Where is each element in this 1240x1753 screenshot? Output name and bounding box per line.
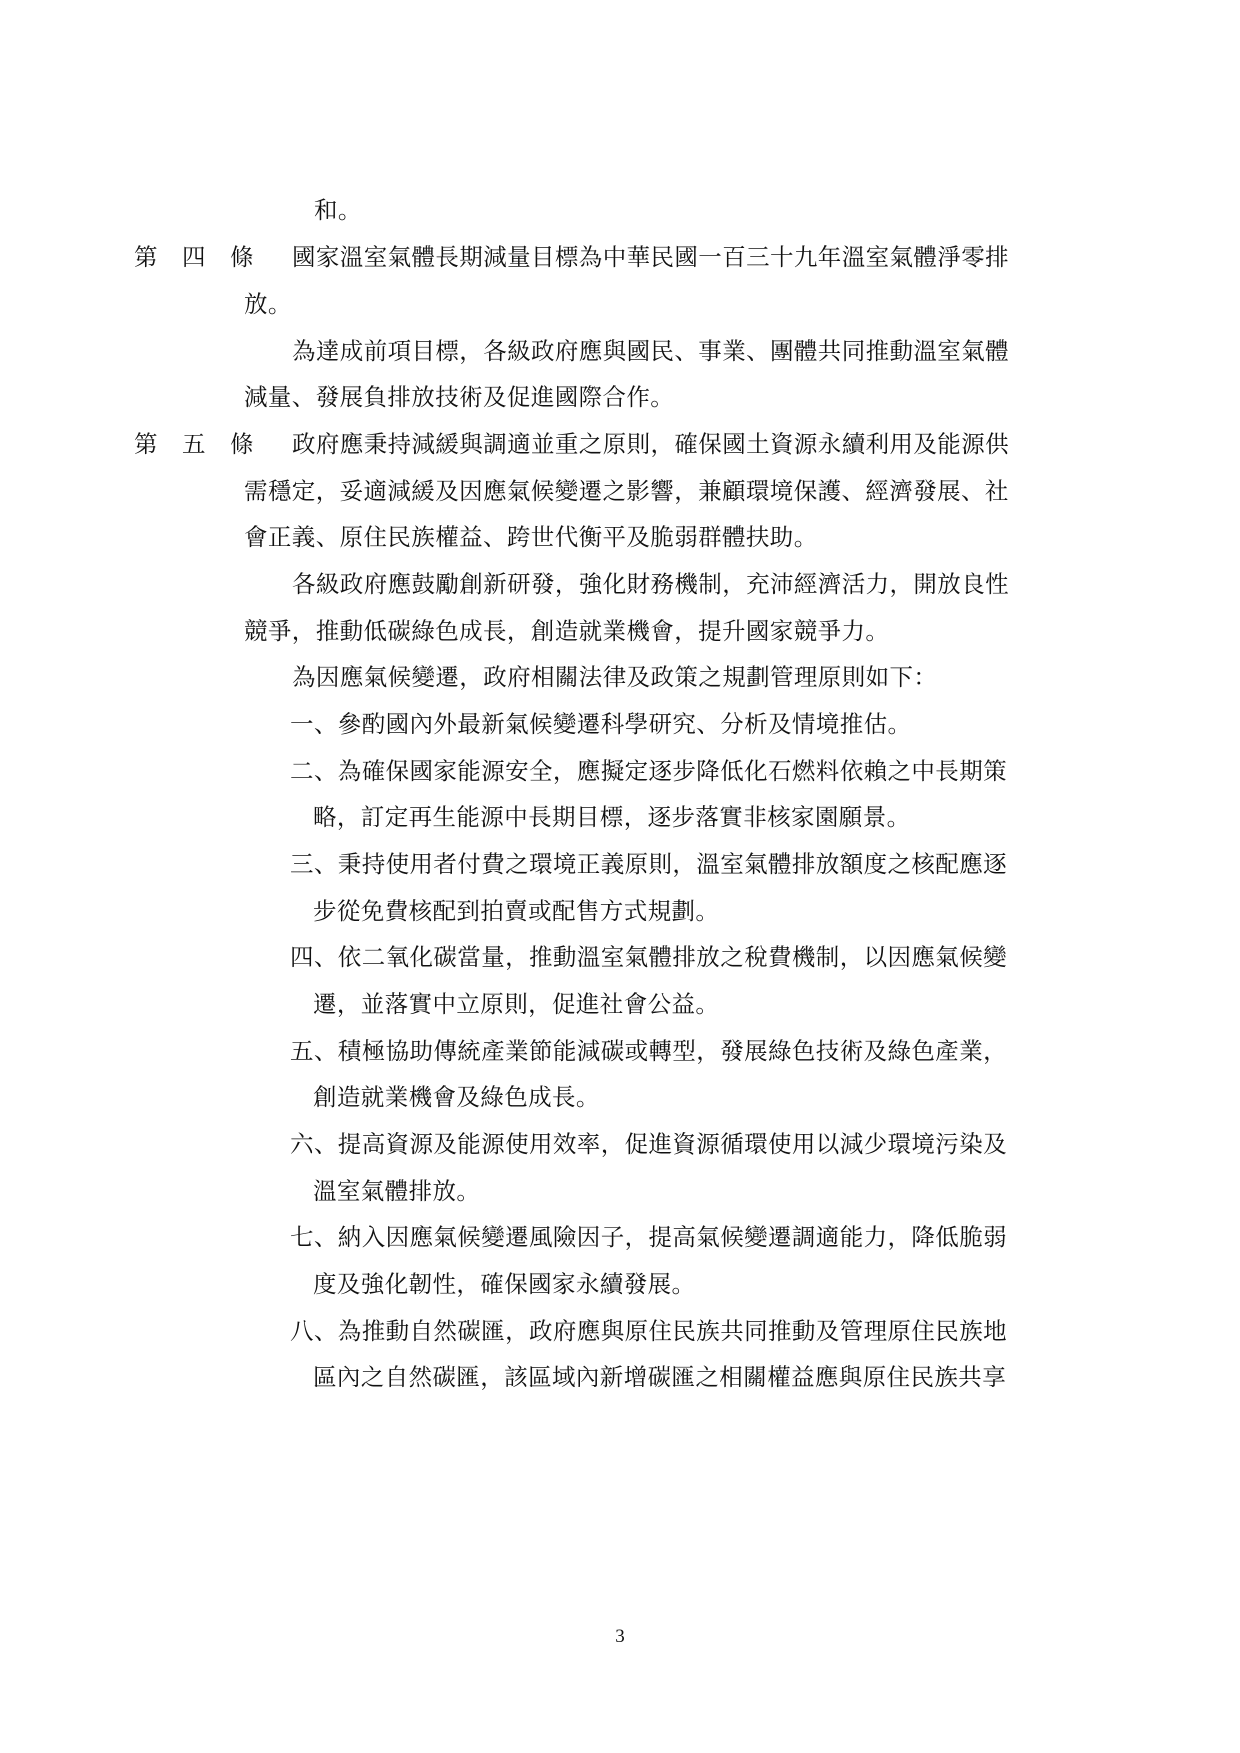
article-5-p2-line1: 各級政府應鼓勵創新研發，強化財務機制，充沛經濟活力，開放良性 xyxy=(292,569,1009,599)
article-4-p1-line1: 國家溫室氣體長期減量目標為中華民國一百三十九年溫室氣體淨零排 xyxy=(292,242,1009,272)
item-5-line1: 五、積極協助傳統產業節能減碳或轉型，發展綠色技術及綠色產業， xyxy=(290,1036,1007,1066)
article-4-p2-line1: 為達成前項目標，各級政府應與國民、事業、團體共同推動溫室氣體 xyxy=(292,336,1009,366)
label-char: 條 xyxy=(230,242,254,272)
label-char: 第 xyxy=(134,242,158,272)
item-1-line1: 一、參酌國內外最新氣候變遷科學研究、分析及情境推估。 xyxy=(290,709,911,739)
item-5-line2: 創造就業機會及綠色成長。 xyxy=(313,1082,600,1112)
item-2-line2: 略，訂定再生能源中長期目標，逐步落實非核家園願景。 xyxy=(313,802,911,832)
article-4-p2-line2: 減量、發展負排放技術及促進國際合作。 xyxy=(244,382,674,412)
label-char: 四 xyxy=(182,242,206,272)
article-5-p1-line2: 需穩定，妥適減緩及因應氣候變遷之影響，兼顧環境保護、經濟發展、社 xyxy=(244,476,1009,506)
item-7-line2: 度及強化韌性，確保國家永續發展。 xyxy=(313,1269,695,1299)
item-2-line1: 二、為確保國家能源安全，應擬定逐步降低化石燃料依賴之中長期策 xyxy=(290,756,1007,786)
article-4-p1-line2: 放。 xyxy=(244,289,292,319)
label-char: 第 xyxy=(134,429,158,459)
article-5-p1-line3: 會正義、原住民族權益、跨世代衡平及脆弱群體扶助。 xyxy=(244,522,818,552)
item-4-line2: 遷，並落實中立原則，促進社會公益。 xyxy=(313,989,719,1019)
item-8-line1: 八、為推動自然碳匯，政府應與原住民族共同推動及管理原住民族地 xyxy=(290,1316,1007,1346)
item-8-line2: 區內之自然碳匯，該區域內新增碳匯之相關權益應與原住民族共享 xyxy=(313,1362,1006,1392)
article-5-p1-line1: 政府應秉持減緩與調適並重之原則，確保國土資源永續利用及能源供 xyxy=(292,429,1009,459)
label-char: 五 xyxy=(182,429,206,459)
label-char: 條 xyxy=(230,429,254,459)
item-6-line1: 六、提高資源及能源使用效率，促進資源循環使用以減少環境污染及 xyxy=(290,1129,1007,1159)
item-3-line2: 步從免費核配到拍賣或配售方式規劃。 xyxy=(313,896,719,926)
item-7-line1: 七、納入因應氣候變遷風險因子，提高氣候變遷調適能力，降低脆弱 xyxy=(290,1222,1007,1252)
article-5-p3-line1: 為因應氣候變遷，政府相關法律及政策之規劃管理原則如下： xyxy=(292,662,937,692)
page-number: 3 xyxy=(0,1626,1240,1648)
item-3-line1: 三、秉持使用者付費之環境正義原則，溫室氣體排放額度之核配應逐 xyxy=(290,849,1007,879)
article-5-p2-line2: 競爭，推動低碳綠色成長，創造就業機會，提升國家競爭力。 xyxy=(244,616,889,646)
continuation-text: 和。 xyxy=(314,195,362,225)
item-6-line2: 溫室氣體排放。 xyxy=(313,1176,480,1206)
item-4-line1: 四、依二氧化碳當量，推動溫室氣體排放之稅費機制，以因應氣候變 xyxy=(290,942,1007,972)
